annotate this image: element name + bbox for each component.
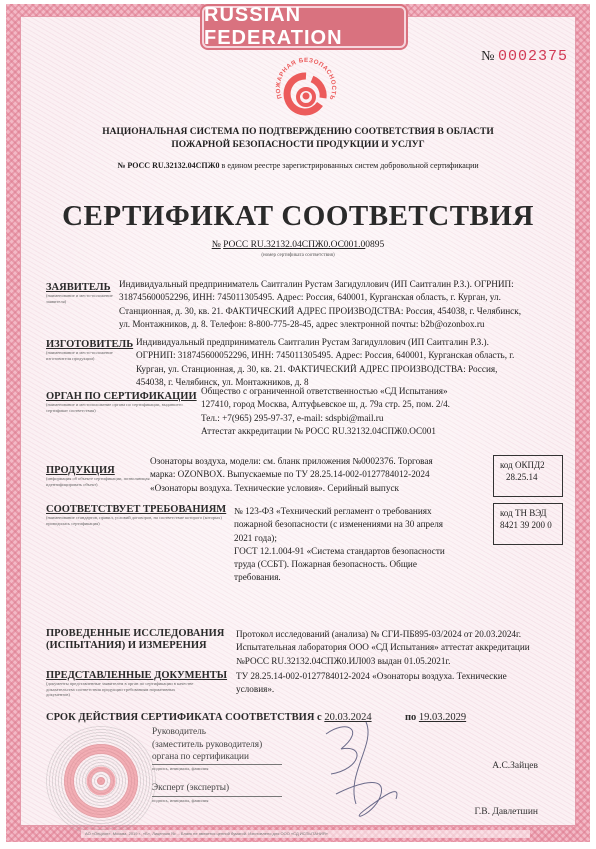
documents-label-block: ПРЕДСТАВЛЕННЫЕ ДОКУМЕНТЫ (документы пред…: [46, 670, 231, 698]
system-title-line2: ПОЖАРНОЙ БЕЗОПАСНОСТИ ПРОДУКЦИИ И УСЛУГ: [46, 139, 550, 152]
product-details: Озонаторы воздуха, модели: см. бланк при…: [150, 455, 480, 495]
manufacturer-details: Индивидуальный предприниматель Саитгалин…: [136, 336, 571, 389]
fire-safety-logo-icon: ПОЖАРНАЯ БЕЗОПАСНОСТЬ: [268, 52, 344, 128]
expert-name: Г.В. Давлетшин: [474, 807, 538, 817]
research-label-block: ПРОВЕДЕННЫЕ ИССЛЕДОВАНИЯ (ИСПЫТАНИЯ) И И…: [46, 628, 236, 652]
expert-label: Эксперт (эксперты): [152, 782, 229, 795]
certificate-number-main: РОСС RU.32132.04СПЖ0.ОС001.0: [223, 240, 365, 250]
text-line: 318745600052296, ИНН: 745011305495. Адре…: [119, 291, 569, 304]
text-line: Общество с ограниченной ответственностью…: [201, 385, 561, 398]
okpd2-code-box: код ОКПД2 28.25.14: [493, 455, 563, 497]
text-line: №РОСС RU.32132.04СПЖ0.ИЛ003 выдан 01.05.…: [236, 655, 576, 668]
manufacturer-sublabel: (наименование и место-положение изготови…: [46, 350, 126, 361]
system-title: НАЦИОНАЛЬНАЯ СИСТЕМА ПО ПОДТВЕРЖДЕНИЮ СО…: [46, 126, 550, 152]
text-line: Тел.: +7(965) 295-97-37, e-mail: sdspbi@…: [201, 412, 561, 425]
documents-sublabel: (документы представленные заявителем в о…: [46, 681, 196, 698]
text-line: Станционная, д. 30, кв. 21. ФАКТИЧЕСКИЙ …: [119, 305, 569, 318]
text-line: № 123-ФЗ «Технический регламент о требов…: [234, 505, 484, 518]
validity-label: СРОК ДЕЙСТВИЯ СЕРТИФИКАТА СООТВЕТСТВИЯ с: [46, 712, 322, 723]
text-line: 2021 года);: [234, 532, 484, 545]
research-label-line1: ПРОВЕДЕННЫЕ ИССЛЕДОВАНИЯ: [46, 628, 236, 640]
tnved-code-label: код ТН ВЭД: [500, 507, 556, 519]
manufacturer-label-block: ИЗГОТОВИТЕЛЬ (наименование и место-полож…: [46, 339, 126, 361]
blank-number: № 0002375: [481, 48, 568, 65]
requirements-sublabel: (наименование стандартов, правил, услови…: [46, 515, 226, 526]
text-line: 127410, город Москва, Алтуфьевское ш, д.…: [201, 398, 561, 411]
country-banner: RUSSIAN FEDERATION: [202, 6, 406, 48]
applicant-details: Индивидуальный предприниматель Саитгалин…: [119, 278, 569, 331]
text-line: органа по сертификации: [152, 751, 262, 764]
applicant-sublabel: (наименование и место-положение заявител…: [46, 293, 126, 304]
printer-footer: АО «Опцион», Москва, 2019 г., «Б», Лицен…: [81, 830, 530, 838]
documents-label: ПРЕДСТАВЛЕННЫЕ ДОКУМЕНТЫ: [46, 670, 231, 681]
blank-number-prefix: №: [481, 49, 494, 64]
text-line: «Озонаторы воздуха. Технические условия»…: [150, 482, 480, 495]
text-line: (заместитель руководителя): [152, 739, 262, 752]
text-line: Индивидуальный предприниматель Саитгалин…: [119, 278, 569, 291]
cert-body-label-block: ОРГАН ПО СЕРТИФИКАЦИИ (наименование и ме…: [46, 391, 196, 413]
certificate-sheet: RUSSIAN FEDERATION № 0002375 ПОЖАРНАЯ БЕ…: [6, 4, 590, 842]
tnved-code-box: код ТН ВЭД 8421 39 200 0: [493, 503, 563, 545]
head-signature-label: Руководитель(заместитель руководителя)ор…: [152, 726, 262, 764]
applicant-label: ЗАЯВИТЕЛЬ: [46, 282, 126, 293]
text-line: Испытательная лаборатория ООО «СД Испыта…: [236, 641, 576, 654]
text-line: труда (ССБТ). Пожарная безопасность. Общ…: [234, 558, 484, 571]
expert-signature-caption: подпись, инициалы, фамилия: [152, 798, 208, 803]
certificate-number: № РОСС RU.32132.04СПЖ0.ОС001.00895: [6, 240, 590, 250]
head-signature-line: [152, 764, 282, 765]
signature-scribble-icon: [306, 714, 426, 834]
head-signature-caption: подпись, инициалы, фамилия: [152, 766, 208, 771]
text-line: Курган, ул. Станционная, д. 30, кв. 21. …: [136, 363, 571, 376]
text-line: марка: OZONBOX. Выпускаемые по ТУ 28.25.…: [150, 468, 480, 481]
certificate-number-rest: 0895: [365, 240, 384, 250]
validity-to-date: 19.03.2029: [419, 712, 497, 723]
requirements-details: № 123-ФЗ «Технический регламент о требов…: [234, 505, 484, 585]
cert-body-sublabel: (наименование и местоположение органа по…: [46, 402, 196, 413]
text-line: Протокол исследований (анализа) № СГИ-ПБ…: [236, 628, 576, 641]
cert-body-label: ОРГАН ПО СЕРТИФИКАЦИИ: [46, 391, 196, 402]
text-line: Индивидуальный предприниматель Саитгалин…: [136, 336, 571, 349]
system-title-line1: НАЦИОНАЛЬНАЯ СИСТЕМА ПО ПОДТВЕРЖДЕНИЮ СО…: [46, 126, 550, 139]
text-line: пожарной безопасности (с изменениями на …: [234, 518, 484, 531]
research-details: Протокол исследований (анализа) № СГИ-ПБ…: [236, 628, 576, 668]
blank-number-value: 0002375: [498, 48, 568, 65]
text-line: Руководитель: [152, 726, 262, 739]
head-name: А.С.Зайцев: [492, 761, 538, 771]
certificate-number-caption: (номер сертификата соответствия): [6, 253, 590, 258]
documents-details: ТУ 28.25.14-002-0127784012-2024 «Озонато…: [236, 670, 566, 697]
research-label-line2: (ИСПЫТАНИЯ) И ИЗМЕРЕНИЯ: [46, 640, 236, 652]
certificate-number-prefix: №: [212, 240, 221, 250]
text-line: Аттестат аккредитации № РОСС RU.32132.04…: [201, 425, 561, 438]
tnved-code-value: 8421 39 200 0: [500, 519, 556, 531]
manufacturer-label: ИЗГОТОВИТЕЛЬ: [46, 339, 126, 350]
okpd2-code-value: 28.25.14: [500, 471, 556, 483]
validity-period: СРОК ДЕЙСТВИЯ СЕРТИФИКАТА СООТВЕТСТВИЯ с…: [46, 712, 497, 723]
applicant-label-block: ЗАЯВИТЕЛЬ (наименование и место-положени…: [46, 282, 126, 304]
registry-line: № РОСС RU.32132.04СПЖ0 в едином реестре …: [46, 161, 550, 170]
cert-body-details: Общество с ограниченной ответственностью…: [201, 385, 561, 438]
registry-number: № РОСС RU.32132.04СПЖ0: [117, 161, 219, 170]
text-line: ГОСТ 12.1.004-91 «Система стандартов без…: [234, 545, 484, 558]
requirements-label-block: СООТВЕТСТВУЕТ ТРЕБОВАНИЯМ (наименование …: [46, 504, 226, 526]
text-line: требования.: [234, 571, 484, 584]
registry-text: в едином реестре зарегистрированных сист…: [222, 161, 479, 170]
expert-signature-line: [152, 796, 282, 797]
document-title: СЕРТИФИКАТ СООТВЕТСТВИЯ: [6, 200, 590, 233]
stamp-seal-icon: [46, 726, 156, 836]
text-line: условия».: [236, 683, 566, 696]
text-line: ОГРНИП: 318745600052296, ИНН: 7450113054…: [136, 349, 571, 362]
requirements-label: СООТВЕТСТВУЕТ ТРЕБОВАНИЯМ: [46, 504, 226, 515]
text-line: ТУ 28.25.14-002-0127784012-2024 «Озонато…: [236, 670, 566, 683]
okpd2-code-label: код ОКПД2: [500, 459, 556, 471]
text-line: ул. Монтажников, д. 8. Телефон: 8-800-77…: [119, 318, 569, 331]
text-line: Озонаторы воздуха, модели: см. бланк при…: [150, 455, 480, 468]
